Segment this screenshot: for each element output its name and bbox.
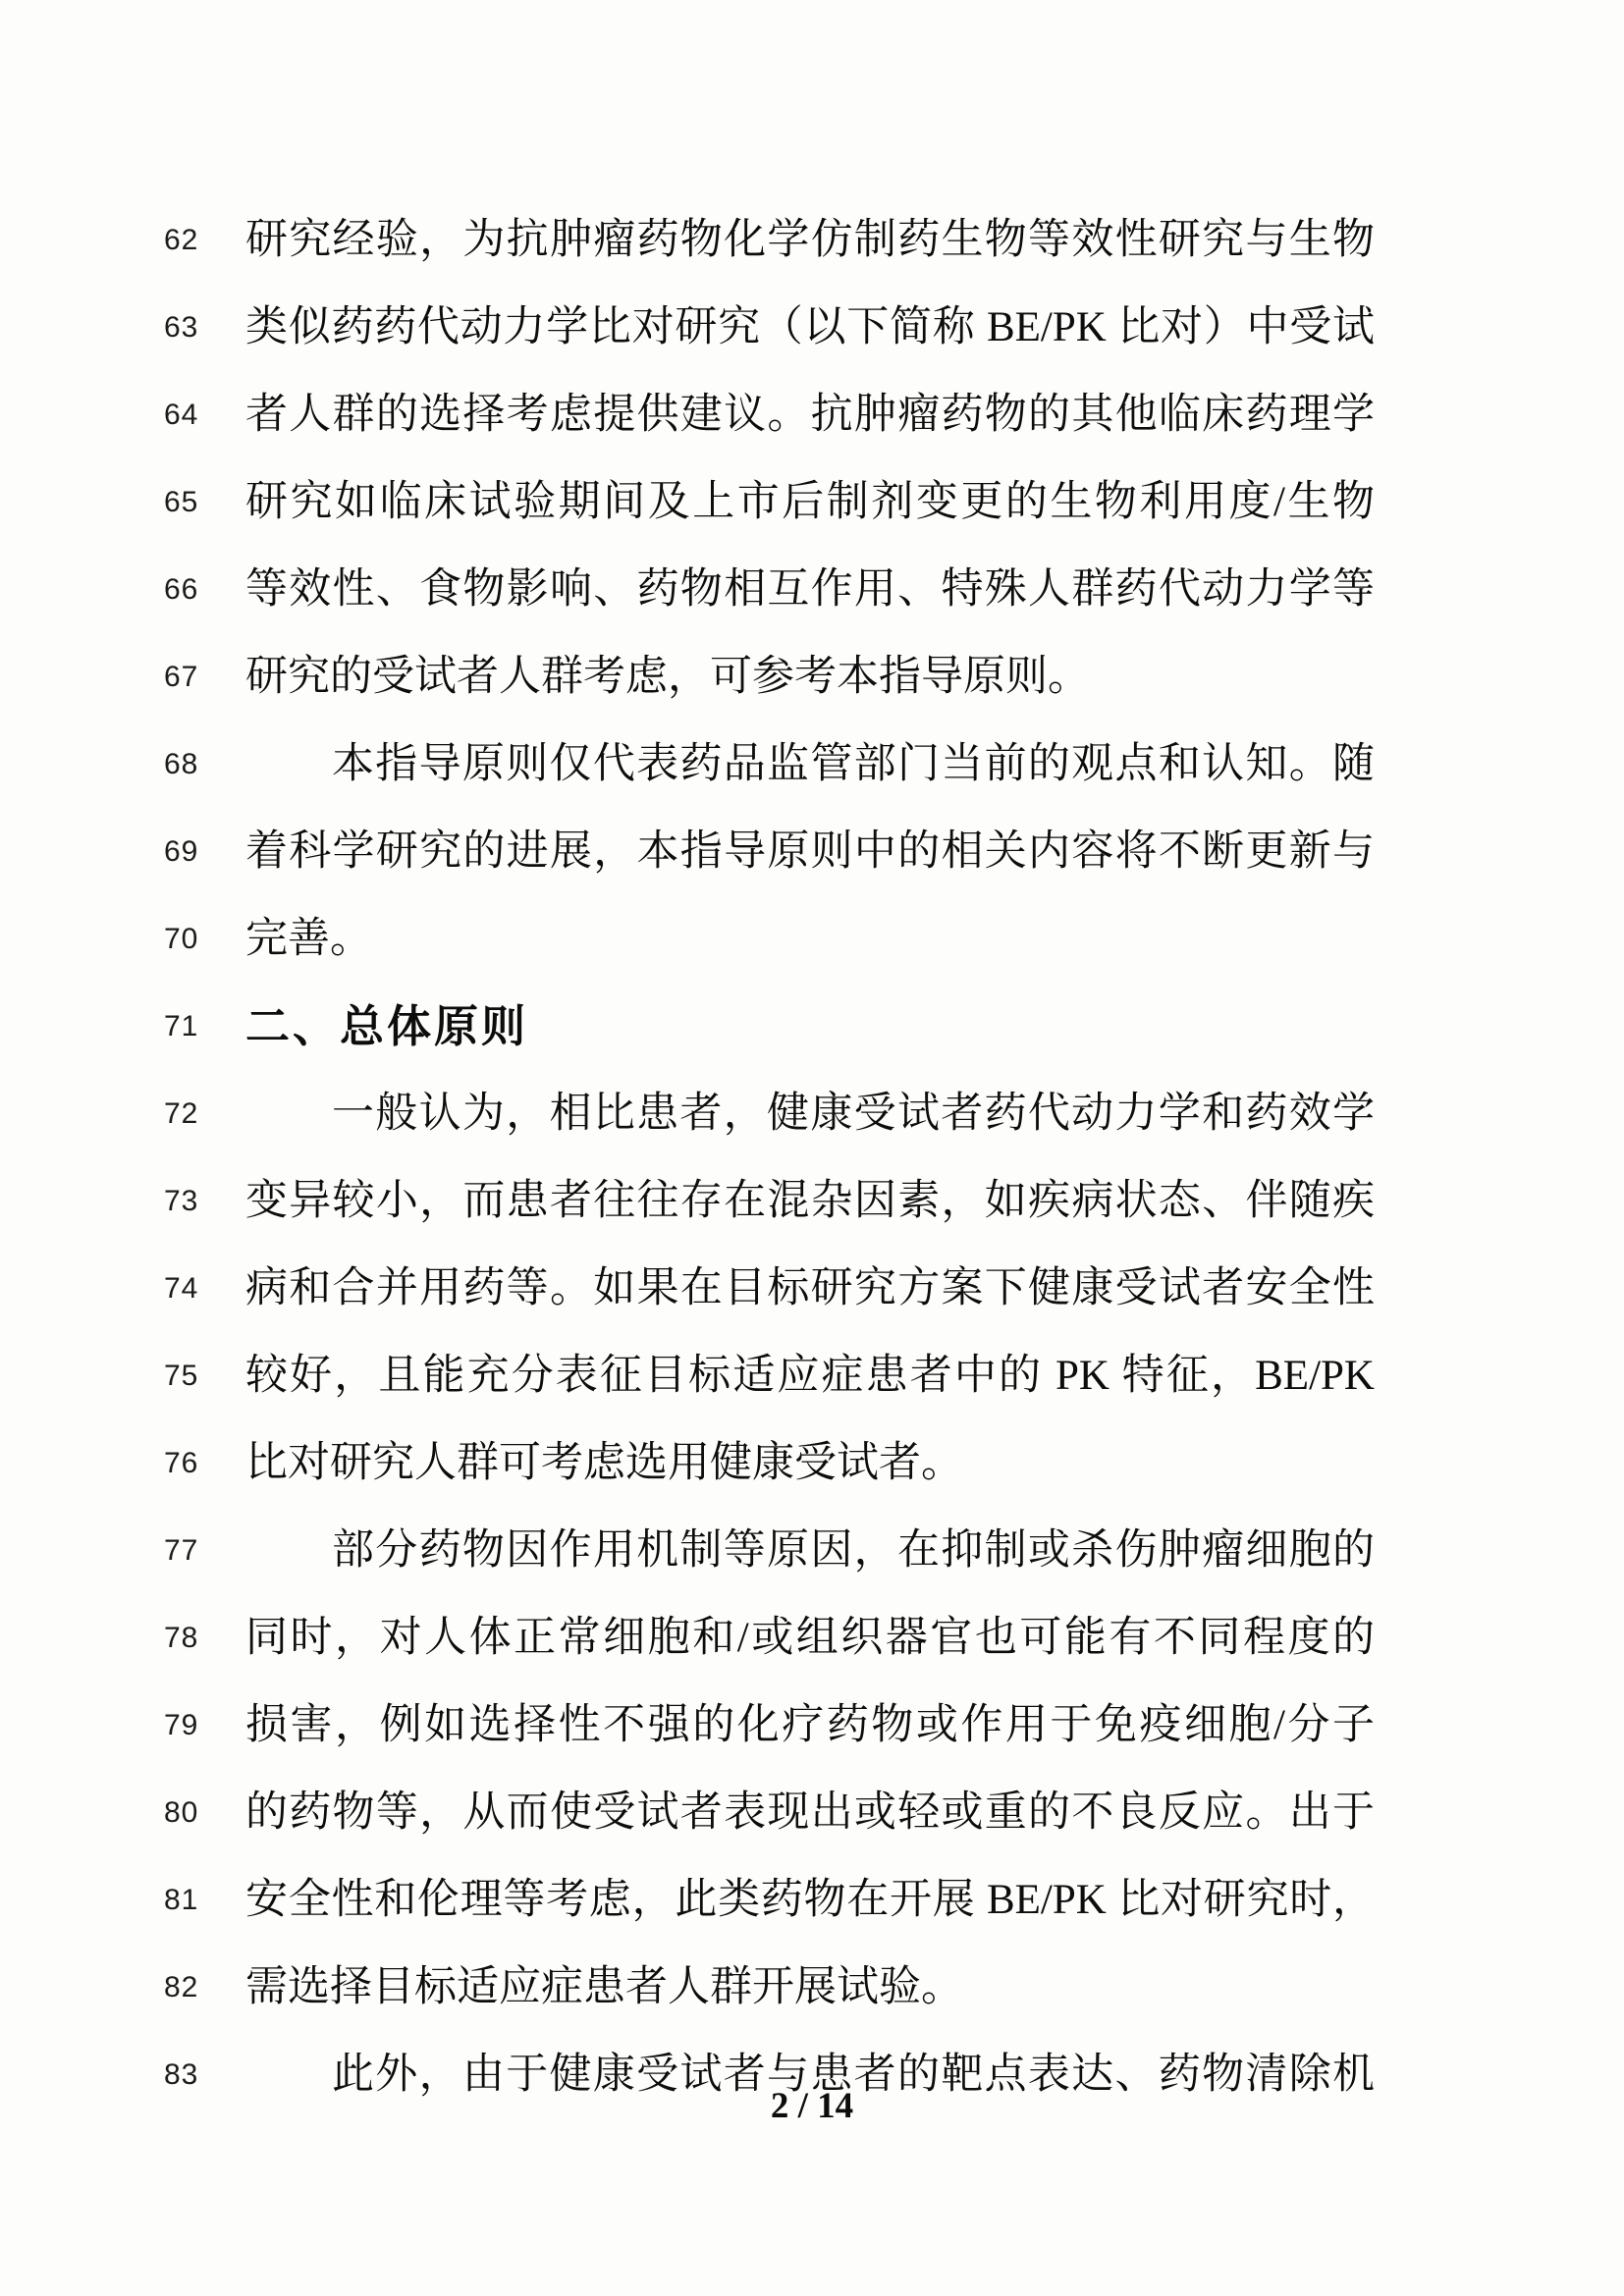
section-heading: 二、总体原则 xyxy=(245,998,1375,1053)
line-text: 类似药药代动力学比对研究（以下简称 BE/PK 比对）中受试 xyxy=(245,301,1375,354)
text-line: 79 损害，例如选择性不强的化疗药物或作用于免疫细胞/分子 xyxy=(0,1682,1624,1769)
line-text: 者人群的选择考虑提供建议。抗肿瘤药物的其他临床药理学 xyxy=(245,389,1375,442)
text-line: 81 安全性和伦理等考虑，此类药物在开展 BE/PK 比对研究时， xyxy=(0,1856,1624,1944)
line-number: 69 xyxy=(164,835,198,869)
text-line: 67 研究的受试者人群考虑，可参考本指导原则。 xyxy=(0,633,1624,721)
line-number: 80 xyxy=(164,1796,198,1830)
text-line: 80 的药物等，从而使受试者表现出或轻或重的不良反应。出于 xyxy=(0,1769,1624,1856)
line-number: 79 xyxy=(164,1709,198,1742)
line-text: 同时，对人体正常细胞和/或组织器官也可能有不同程度的 xyxy=(245,1612,1375,1665)
section-heading-row: 71 二、总体原则 xyxy=(0,983,1624,1070)
line-text: 一般认为，相比患者，健康受试者药代动力学和药效学 xyxy=(245,1088,1375,1141)
line-text: 的药物等，从而使受试者表现出或轻或重的不良反应。出于 xyxy=(245,1787,1375,1840)
line-number: 81 xyxy=(164,1884,198,1917)
line-text: 比对研究人群可考虑选用健康受试者。 xyxy=(245,1437,1375,1490)
text-line: 82 需选择目标适应症患者人群开展试验。 xyxy=(0,1944,1624,2031)
line-number: 75 xyxy=(164,1360,198,1393)
text-line: 62 研究经验，为抗肿瘤药物化学仿制药生物等效性研究与生物 xyxy=(0,196,1624,284)
line-number: 73 xyxy=(164,1185,198,1218)
line-number: 77 xyxy=(164,1534,198,1568)
line-text: 病和合并用药等。如果在目标研究方案下健康受试者安全性 xyxy=(245,1262,1375,1315)
text-line: 68 本指导原则仅代表药品监管部门当前的观点和认知。随 xyxy=(0,721,1624,808)
line-text: 变异较小，而患者往往存在混杂因素，如疾病状态、伴随疾 xyxy=(245,1175,1375,1228)
text-line: 76 比对研究人群可考虑选用健康受试者。 xyxy=(0,1419,1624,1507)
line-number: 68 xyxy=(164,748,198,781)
line-number: 70 xyxy=(164,923,198,956)
line-number: 65 xyxy=(164,486,198,519)
line-text: 本指导原则仅代表药品监管部门当前的观点和认知。随 xyxy=(245,738,1375,791)
line-number: 72 xyxy=(164,1097,198,1131)
text-line: 75 较好，且能充分表征目标适应症患者中的 PK 特征，BE/PK xyxy=(0,1332,1624,1419)
line-number: 74 xyxy=(164,1272,198,1306)
line-text: 部分药物因作用机制等原因，在抑制或杀伤肿瘤细胞的 xyxy=(245,1524,1375,1577)
line-text: 研究如临床试验期间及上市后制剂变更的生物利用度/生物 xyxy=(245,476,1375,529)
line-text: 较好，且能充分表征目标适应症患者中的 PK 特征，BE/PK xyxy=(245,1350,1375,1403)
line-text: 损害，例如选择性不强的化疗药物或作用于免疫细胞/分子 xyxy=(245,1699,1375,1752)
line-number: 64 xyxy=(164,399,198,432)
line-text: 需选择目标适应症患者人群开展试验。 xyxy=(245,1961,1375,2014)
text-line: 74 病和合并用药等。如果在目标研究方案下健康受试者安全性 xyxy=(0,1245,1624,1332)
text-line: 65 研究如临床试验期间及上市后制剂变更的生物利用度/生物 xyxy=(0,458,1624,546)
text-line: 77 部分药物因作用机制等原因，在抑制或杀伤肿瘤细胞的 xyxy=(0,1507,1624,1594)
line-number: 66 xyxy=(164,573,198,607)
line-number: 71 xyxy=(164,1010,198,1043)
line-text: 等效性、食物影响、药物相互作用、特殊人群药代动力学等 xyxy=(245,563,1375,616)
text-line: 69 着科学研究的进展，本指导原则中的相关内容将不断更新与 xyxy=(0,808,1624,895)
text-line: 72 一般认为，相比患者，健康受试者药代动力学和药效学 xyxy=(0,1070,1624,1157)
text-line: 64 者人群的选择考虑提供建议。抗肿瘤药物的其他临床药理学 xyxy=(0,371,1624,458)
line-number: 76 xyxy=(164,1447,198,1480)
line-number: 62 xyxy=(164,224,198,257)
text-line: 73 变异较小，而患者往往存在混杂因素，如疾病状态、伴随疾 xyxy=(0,1157,1624,1245)
line-number: 78 xyxy=(164,1622,198,1655)
text-line: 66 等效性、食物影响、药物相互作用、特殊人群药代动力学等 xyxy=(0,546,1624,633)
line-number: 67 xyxy=(164,661,198,694)
page-number: 2 / 14 xyxy=(0,2085,1624,2127)
text-line: 78 同时，对人体正常细胞和/或组织器官也可能有不同程度的 xyxy=(0,1594,1624,1682)
line-text: 着科学研究的进展，本指导原则中的相关内容将不断更新与 xyxy=(245,826,1375,879)
line-text: 研究的受试者人群考虑，可参考本指导原则。 xyxy=(245,651,1375,704)
line-number: 82 xyxy=(164,1971,198,2004)
text-line: 63 类似药药代动力学比对研究（以下简称 BE/PK 比对）中受试 xyxy=(0,284,1624,371)
line-text: 完善。 xyxy=(245,913,1375,966)
line-number: 63 xyxy=(164,311,198,345)
text-line: 70 完善。 xyxy=(0,895,1624,983)
line-text: 研究经验，为抗肿瘤药物化学仿制药生物等效性研究与生物 xyxy=(245,214,1375,267)
document-page: 62 研究经验，为抗肿瘤药物化学仿制药生物等效性研究与生物 63 类似药药代动力… xyxy=(0,0,1624,2296)
line-text: 安全性和伦理等考虑，此类药物在开展 BE/PK 比对研究时， xyxy=(245,1874,1375,1927)
